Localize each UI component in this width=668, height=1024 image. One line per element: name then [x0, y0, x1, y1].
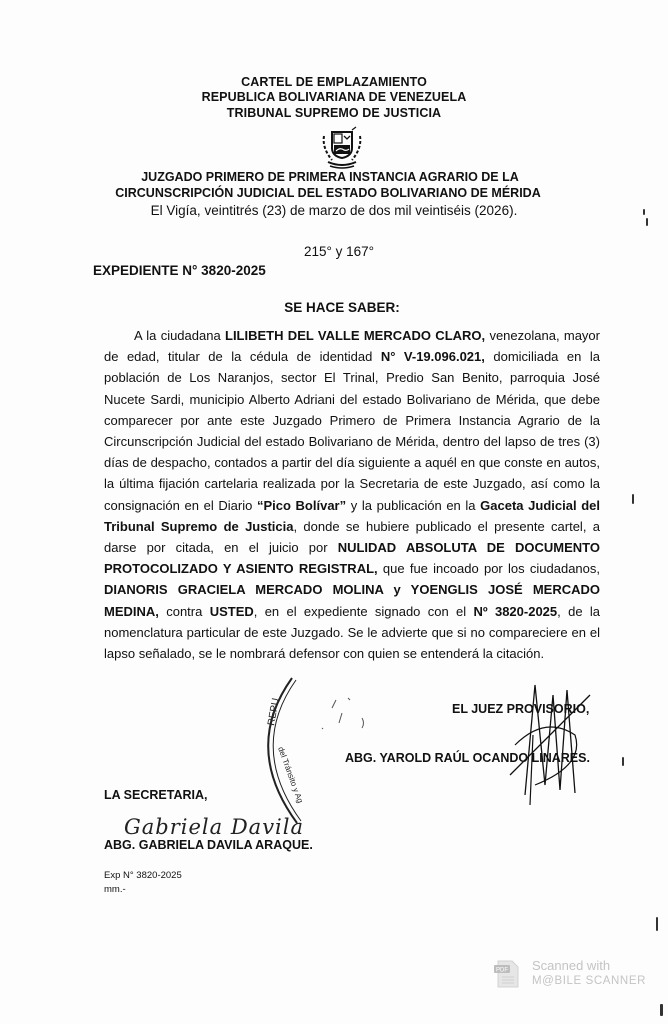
pdf-file-icon: PDF: [494, 959, 520, 989]
scan-speck: [643, 209, 645, 215]
case-number: EXPEDIENTE N° 3820-2025: [93, 263, 266, 278]
scan-speck: [646, 218, 648, 226]
watermark-line2: M@BILE SCANNER: [532, 975, 646, 987]
scan-speck: [656, 917, 658, 931]
newspaper-name: “Pico Bolívar”: [257, 498, 346, 513]
place-date: El Vigía, veintitrés (23) de marzo de do…: [0, 203, 668, 218]
footer-case-ref: Exp N° 3820-2025: [104, 870, 182, 881]
secretary-signature: Gabriela Davila: [124, 815, 304, 839]
header-tribunal: TRIBUNAL SUPREMO DE JUSTICIA: [0, 106, 668, 120]
court-name-line1: JUZGADO PRIMERO DE PRIMERA INSTANCIA AGR…: [0, 170, 664, 184]
scanner-watermark: PDF Scanned with M@BILE SCANNER: [490, 957, 660, 993]
secretary-title: LA SECRETARIA,: [104, 788, 207, 802]
stamp-text: REPU: [266, 697, 282, 726]
scan-speck: [622, 757, 624, 766]
footer-initials: mm.-: [104, 884, 126, 895]
header-title: CARTEL DE EMPLAZAMIENTO: [0, 75, 668, 89]
id-number: N° V-19.096.021,: [381, 349, 485, 364]
venezuela-coat-of-arms-icon: [318, 126, 366, 170]
header-republic: REPUBLICA BOLIVARIANA DE VENEZUELA: [0, 90, 668, 104]
defendant-name: LILIBETH DEL VALLE MERCADO CLARO,: [225, 328, 485, 343]
notice-paragraph: A la ciudadana LILIBETH DEL VALLE MERCAD…: [104, 325, 600, 664]
court-name-line2: CIRCUNSCRIPCIÓN JUDICIAL DEL ESTADO BOLI…: [0, 186, 662, 200]
judge-signature: [505, 675, 595, 815]
secretary-name: ABG. GABRIELA DAVILA ARAQUE.: [104, 838, 313, 852]
scan-speck: [660, 1004, 663, 1016]
svg-text:PDF: PDF: [496, 968, 508, 974]
court-seal-stamp: REPU del Tránsito y Ag: [252, 668, 382, 828]
section-title: SE HACE SABER:: [0, 300, 668, 315]
case-reference: Nº 3820-2025: [474, 604, 558, 619]
watermark-line1: Scanned with: [532, 958, 610, 973]
against-usted: USTED: [210, 604, 254, 619]
document-page: CARTEL DE EMPLAZAMIENTO REPUBLICA BOLIVA…: [0, 0, 668, 1024]
era-years: 215° y 167°: [0, 244, 668, 259]
scan-speck: [632, 494, 634, 504]
notice-body: A la ciudadana LILIBETH DEL VALLE MERCAD…: [104, 325, 600, 664]
